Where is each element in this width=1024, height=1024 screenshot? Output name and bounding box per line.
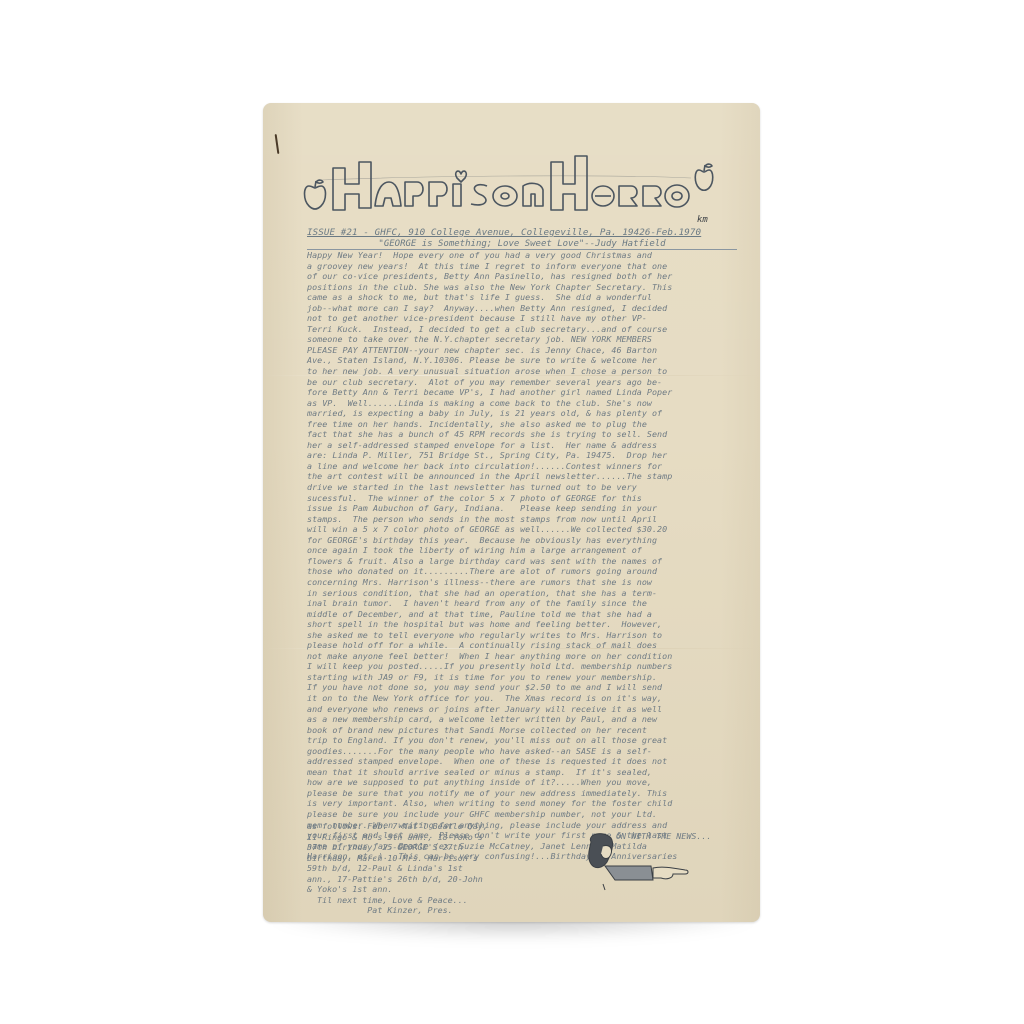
- epigraph-quote: "GEORGE is Something; Love Sweet Love"--…: [307, 239, 737, 250]
- body-line: a groovey new years! At this time I regr…: [307, 261, 743, 272]
- body-line: please be sure you include your GHFC mem…: [307, 809, 743, 820]
- body-line: Happy New Year! Hope every one of you ha…: [307, 250, 743, 261]
- footer-line: ann., 17-Pattie's 26th b/d, 20-John: [307, 874, 567, 885]
- body-line: not to get another vice-president becaus…: [307, 313, 743, 324]
- footer-line: 11-Ringo & Mo's 5th ann., 18-Yoko's: [307, 832, 567, 843]
- body-line: fact that she has a bunch of 45 RPM reco…: [307, 429, 743, 440]
- body-line: be our club secretary. Alot of you may r…: [307, 377, 743, 388]
- body-line: job--what more can I say? Anyway....when…: [307, 303, 743, 314]
- body-line: those who donated on it.........There ar…: [307, 566, 743, 577]
- body-line: a line and welcome her back into circula…: [307, 461, 743, 472]
- body-line: to her new job. A very unusual situation…: [307, 366, 743, 377]
- body-line: issue is Pam Aubuchon of Gary, Indiana. …: [307, 503, 743, 514]
- artist-initials: km: [697, 215, 708, 225]
- body-line: stamps. The person who sends in the most…: [307, 514, 743, 525]
- newsletter-body: Happy New Year! Hope every one of you ha…: [307, 250, 743, 862]
- body-line: married, is expecting a baby in July, is…: [307, 408, 743, 419]
- body-line: free time on her hands. Incidentally, sh…: [307, 419, 743, 430]
- body-line: she asked me to tell everyone who regula…: [307, 630, 743, 641]
- masthead-title-art: [301, 148, 731, 218]
- body-line: PLEASE PAY ATTENTION--your new chapter s…: [307, 345, 743, 356]
- newsletter-page: km ISSUE #21 - GHFC, 910 College Avenue,…: [263, 103, 760, 922]
- on-with-the-news: ON WITH THE NEWS...: [616, 831, 711, 841]
- body-line: came as a shock to me, but that's life I…: [307, 292, 743, 303]
- footer-line: birthday. March 10-Mrs. Harrison's: [307, 853, 567, 864]
- body-line: not make anyone feel better! When I hear…: [307, 651, 743, 662]
- body-line: as a new membership card, a welcome lett…: [307, 714, 743, 725]
- body-line: sucessful. The winner of the color 5 x 7…: [307, 493, 743, 504]
- body-line: fore Betty Ann & Terri became VP's, I ha…: [307, 387, 743, 398]
- body-line: someone to take over the N.Y.chapter sec…: [307, 334, 743, 345]
- body-line: the art contest will be announced in the…: [307, 471, 743, 482]
- body-line: for GEORGE's birthday this year. Because…: [307, 535, 743, 546]
- body-line: mean that it should arrive sealed or min…: [307, 767, 743, 778]
- body-line: will win a 5 x 7 color photo of GEORGE a…: [307, 524, 743, 535]
- issue-line: ISSUE #21 - GHFC, 910 College Avenue, Co…: [307, 227, 737, 238]
- apple-icon: [305, 180, 326, 209]
- body-line: trip to England. If you don't renew, you…: [307, 735, 743, 746]
- body-line: If you have not done so, you may send yo…: [307, 682, 743, 693]
- body-line: goodies.......For the many people who ha…: [307, 746, 743, 757]
- body-line: please be sure that you notify me of you…: [307, 788, 743, 799]
- body-line: inal brain tumor. I haven't heard from a…: [307, 598, 743, 609]
- footer-line: as follows: Feb. 7-Nat'l Beatle Day,: [307, 821, 567, 832]
- body-line: as VP. Well......Linda is making a come …: [307, 398, 743, 409]
- body-line: I will keep you posted.....If you presen…: [307, 661, 743, 672]
- body-line: Ave., Staten Island, N.Y.10306. Please b…: [307, 355, 743, 366]
- body-line: it on to the New York office for you. Th…: [307, 693, 743, 704]
- body-line: book of brand new pictures that Sandi Mo…: [307, 725, 743, 736]
- body-line: middle of December, and at that time, Pa…: [307, 609, 743, 620]
- body-line: is very important. Also, when writing to…: [307, 798, 743, 809]
- body-line: of our co-vice presidents, Betty Ann Pas…: [307, 271, 743, 282]
- body-line: addressed stamped envelope. When one of …: [307, 756, 743, 767]
- body-line: concerning Mrs. Harrison's illness--ther…: [307, 577, 743, 588]
- footer-line: Pat Kinzer, Pres.: [307, 905, 567, 916]
- body-line: and everyone who renews or joins after J…: [307, 704, 743, 715]
- staple-mark: [275, 134, 280, 154]
- body-line: in serious condition, that she had an op…: [307, 588, 743, 599]
- footer-line: Til next time, Love & Peace...: [307, 895, 567, 906]
- masthead: [301, 148, 731, 218]
- body-line: short spell in the hospital but was home…: [307, 619, 743, 630]
- apple-icon: [695, 164, 713, 190]
- body-line: her a self-addressed stamped envelope fo…: [307, 440, 743, 451]
- body-line: starting with JA9 or F9, it is time for …: [307, 672, 743, 683]
- birthdays-anniversaries: as follows: Feb. 7-Nat'l Beatle Day,11-R…: [307, 821, 567, 916]
- body-line: Terri Kuck. Instead, I decided to get a …: [307, 324, 743, 335]
- body-line: positions in the club. She was also the …: [307, 282, 743, 293]
- footer-line: & Yoko's 1st ann.: [307, 884, 567, 895]
- body-line: once again I took the liberty of wiring …: [307, 545, 743, 556]
- pointing-figure-drawing: [581, 832, 711, 892]
- body-line: how are we supposed to put anything insi…: [307, 777, 743, 788]
- footer-line: 59th b/d, 12-Paul & Linda's 1st: [307, 863, 567, 874]
- body-line: please hold off for a while. A continual…: [307, 640, 743, 651]
- body-line: flowers & fruit. Also a large birthday c…: [307, 556, 743, 567]
- footer-line: 37th birthday, 25-GEORGE'S 27th: [307, 842, 567, 853]
- body-line: are: Linda P. Miller, 751 Bridge St., Sp…: [307, 450, 743, 461]
- body-line: drive we started in the last newsletter …: [307, 482, 743, 493]
